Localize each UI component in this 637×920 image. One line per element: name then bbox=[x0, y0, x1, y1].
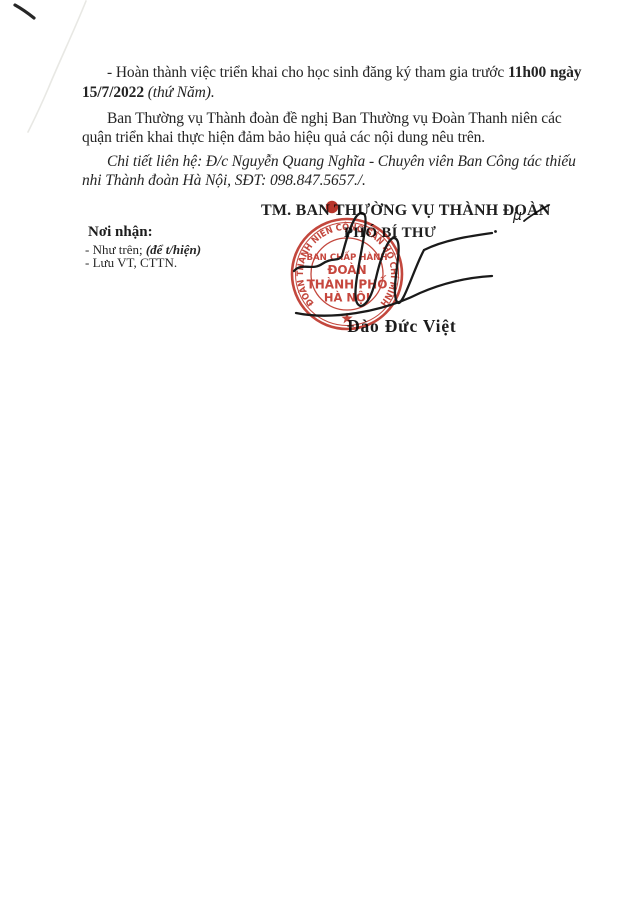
body-text-bold: 11h00 ngày bbox=[508, 64, 582, 81]
stamp-center-line-3: THÀNH PHỐ bbox=[307, 275, 388, 292]
signer-name: Đào Đức Việt bbox=[347, 316, 457, 337]
stamp-center-line-4: HÀ NỘI bbox=[324, 290, 370, 305]
recipients-item-2: - Lưu VT, CTTN. bbox=[85, 257, 201, 268]
stamp-inner-ring bbox=[311, 238, 383, 310]
recipients-block: Nơi nhận: - Như trên; (để t/hiện) - Lưu … bbox=[85, 224, 201, 268]
recipients-item-1: - Như trên; (để t/hiện) bbox=[85, 244, 201, 255]
org-heading: TM. BAN THƯỜNG VỤ THÀNH ĐOÀN bbox=[261, 202, 550, 220]
pen-mark-icon bbox=[15, 5, 34, 18]
body-line-5: Chi tiết liên hệ: Đ/c Nguyễn Quang Nghĩa… bbox=[107, 152, 576, 171]
body-line-2: 15/7/2022 (thứ Năm). bbox=[82, 83, 215, 102]
signature-underline-stroke bbox=[296, 276, 492, 316]
recipients-heading: Nơi nhận: bbox=[88, 224, 201, 241]
body-text: - Hoàn thành việc triển khai cho học sin… bbox=[107, 64, 508, 81]
body-line-4: quận triển khai thực hiện đảm bảo hiệu q… bbox=[82, 128, 485, 147]
body-line-6: nhi Thành đoàn Hà Nội, SĐT: 098.847.5657… bbox=[82, 171, 366, 190]
document-page: - Hoàn thành việc triển khai cho học sin… bbox=[0, 0, 637, 920]
body-line-3: Ban Thường vụ Thành đoàn đề nghị Ban Thư… bbox=[107, 109, 562, 128]
stamp-center-line-1: BAN CHẤP HÀNH bbox=[306, 250, 387, 263]
body-line-1: - Hoàn thành việc triển khai cho học sin… bbox=[107, 63, 581, 82]
stamp-center-line-2: ĐOÀN bbox=[327, 262, 366, 277]
body-text-italic: (thứ Năm). bbox=[148, 84, 215, 101]
body-text-bold: 15/7/2022 bbox=[82, 84, 148, 101]
signer-title: PHÓ BÍ THƯ bbox=[262, 225, 518, 242]
scan-crease-line bbox=[28, 1, 86, 132]
